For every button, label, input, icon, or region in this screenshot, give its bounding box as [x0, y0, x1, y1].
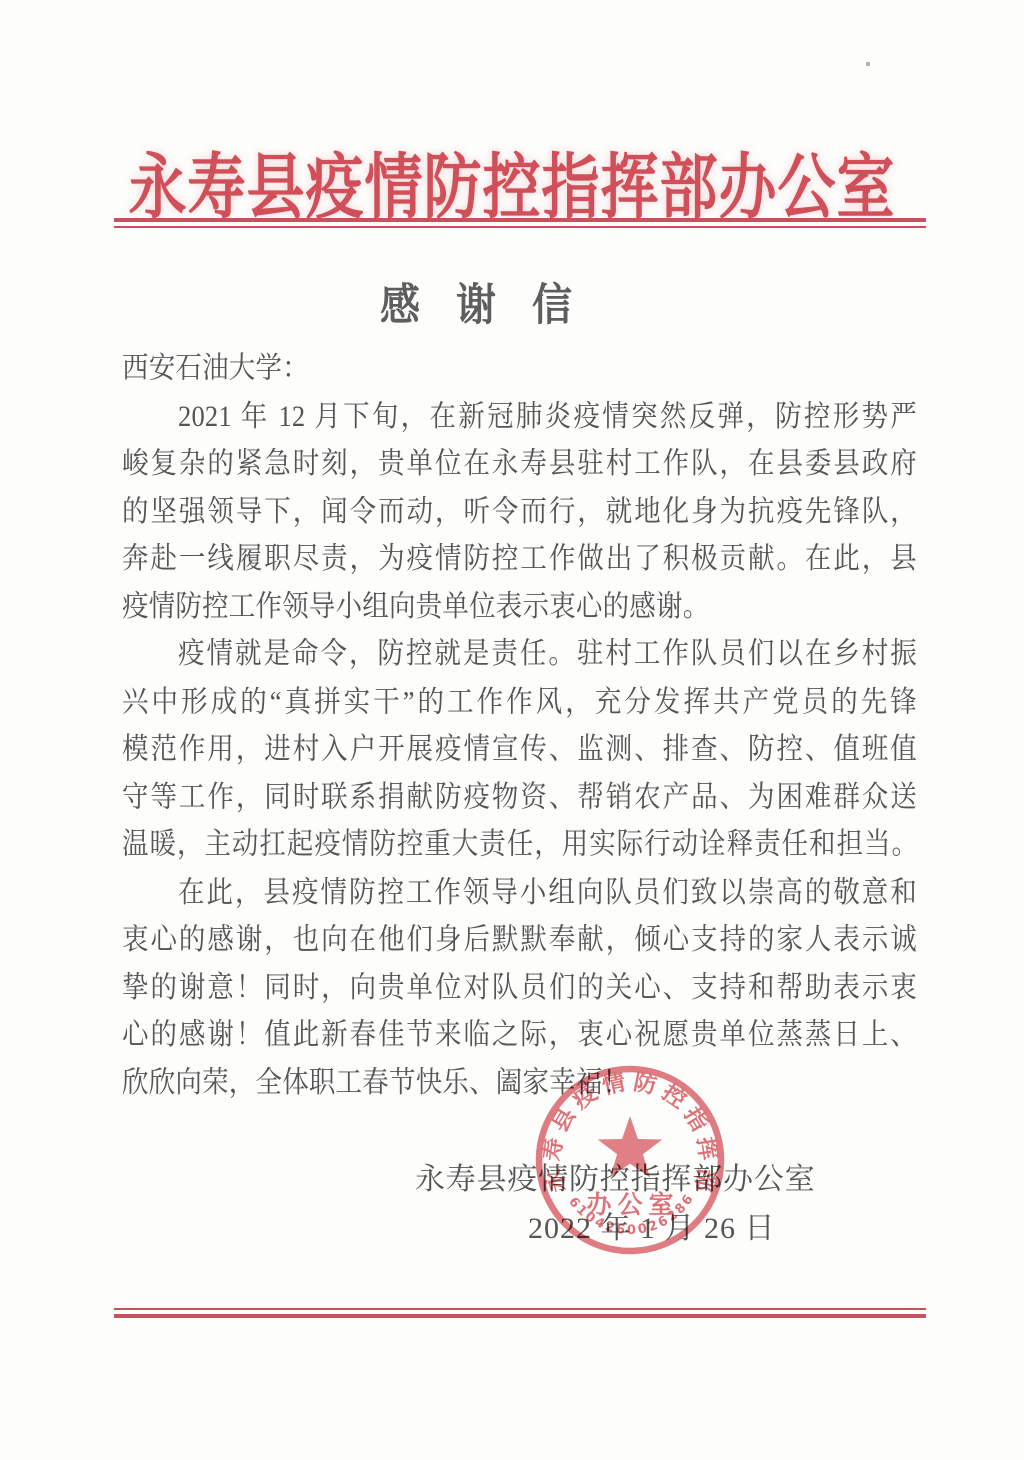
body-line: 温暖，主动扛起疫情防控重大责任，用实际行动诠释责任和担当。 [122, 820, 917, 868]
body-line: 心的感谢！值此新春佳节来临之际，衷心祝愿贵单位蒸蒸日上、 [122, 1010, 917, 1058]
letter-title: 感谢信 [0, 270, 1006, 333]
body-line: 挚的谢意！同时，向贵单位对队员们的关心、支持和帮助表示衷 [122, 963, 917, 1011]
footer-rule-thick [114, 1314, 926, 1318]
paragraph-3: 在此，县疫情防控工作领导小组向队员们致以崇高的敬意和 衷心的感谢，也向在他们身后… [122, 868, 917, 1106]
body-line: 守等工作，同时联系捐献防疫物资、帮销农产品、为困难群众送 [122, 772, 917, 820]
header-rule-thick [114, 218, 926, 222]
body-line: 兴中形成的“真拼实干”的工作作风，充分发挥共产党员的先锋 [122, 677, 917, 725]
paragraph-1: 2021 年 12 月下旬，在新冠肺炎疫情突然反弹，防控形势严 峻复杂的紧急时刻… [122, 392, 917, 630]
footer-rule-thin [114, 1308, 926, 1310]
salutation: 西安石油大学： [122, 344, 917, 392]
body-line: 疫情就是命令，防控就是责任。驻村工作队员们以在乡村振 [122, 630, 917, 678]
letter-body: 西安石油大学： 2021 年 12 月下旬，在新冠肺炎疫情突然反弹，防控形势严 … [122, 344, 917, 1106]
header-rule-thin [114, 226, 926, 228]
body-line: 的坚强领导下，闻令而动，听令而行，就地化身为抗疫先锋队， [122, 487, 917, 535]
signature-office: 永寿县疫情防控指挥部办公室 [415, 1163, 815, 1197]
body-line: 衷心的感谢，也向在他们身后默默奉献，倾心支持的家人表示诚 [122, 915, 917, 963]
letter-page: 永寿县疫情防控指挥部办公室 感谢信 西安石油大学： 2021 年 12 月下旬，… [0, 0, 1024, 1460]
paragraph-2: 疫情就是命令，防控就是责任。驻村工作队员们以在乡村振 兴中形成的“真拼实干”的工… [122, 630, 917, 868]
body-line: 奔赴一线履职尽责，为疫情防控工作做出了积极贡献。在此，县 [122, 534, 917, 582]
body-line: 模范作用，进村入户开展疫情宣传、监测、排查、防控、值班值 [122, 725, 917, 773]
body-line: 欣欣向荣，全体职工春节快乐、阖家幸福！ [122, 1058, 917, 1106]
body-line: 峻复杂的紧急时刻，贵单位在永寿县驻村工作队，在县委县政府 [122, 439, 917, 487]
scan-speck [866, 62, 870, 66]
body-line: 2021 年 12 月下旬，在新冠肺炎疫情突然反弹，防控形势严 [122, 392, 917, 440]
body-line: 在此，县疫情防控工作领导小组向队员们致以崇高的敬意和 [122, 868, 917, 916]
signature-date: 2022 年 1 月 26 日 [528, 1212, 776, 1246]
body-line: 疫情防控工作领导小组向贵单位表示衷心的感谢。 [122, 582, 917, 630]
